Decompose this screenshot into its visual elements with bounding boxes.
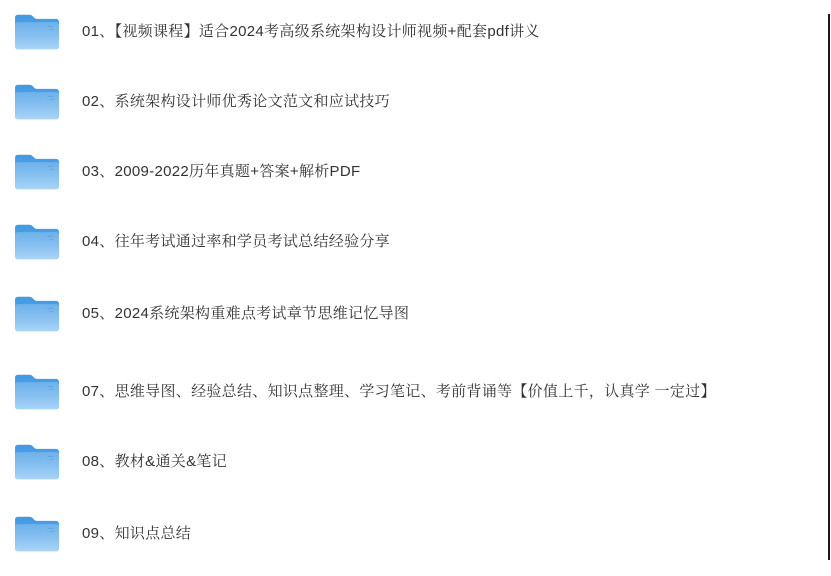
folder-label[interactable]: 09、知识点总结 — [82, 522, 191, 543]
folder-icon[interactable] — [14, 81, 60, 120]
folder-icon[interactable] — [14, 293, 60, 332]
folder-icon[interactable] — [14, 371, 60, 410]
folder-row[interactable]: 02、系统架构设计师优秀论文范文和应试技巧 — [14, 78, 390, 122]
folder-row[interactable]: 03、2009-2022历年真题+答案+解析PDF — [14, 148, 360, 192]
folder-icon[interactable] — [14, 11, 60, 50]
folder-label[interactable]: 04、往年考试通过率和学员考试总结经验分享 — [82, 230, 390, 251]
folder-icon[interactable] — [14, 221, 60, 260]
folder-label[interactable]: 07、思维导图、经验总结、知识点整理、学习笔记、考前背诵等【价值上千，认真学 一… — [82, 380, 716, 401]
folder-label[interactable]: 02、系统架构设计师优秀论文范文和应试技巧 — [82, 90, 390, 111]
folder-label[interactable]: 05、2024系统架构重难点考试章节思维记忆导图 — [82, 302, 409, 323]
screenshot-right-border — [828, 14, 830, 560]
file-list: 01、【视频课程】适合2024考高级系统架构设计师视频+配套pdf讲义 02、系… — [0, 0, 831, 576]
folder-icon[interactable] — [14, 513, 60, 552]
folder-row[interactable]: 09、知识点总结 — [14, 510, 191, 554]
folder-row[interactable]: 05、2024系统架构重难点考试章节思维记忆导图 — [14, 290, 409, 334]
folder-row[interactable]: 01、【视频课程】适合2024考高级系统架构设计师视频+配套pdf讲义 — [14, 8, 540, 52]
folder-label[interactable]: 03、2009-2022历年真题+答案+解析PDF — [82, 160, 360, 181]
folder-listing-page: { "list": { "items": [ { "label": "01、【视… — [0, 0, 831, 576]
folder-label[interactable]: 01、【视频课程】适合2024考高级系统架构设计师视频+配套pdf讲义 — [82, 20, 540, 41]
folder-icon[interactable] — [14, 441, 60, 480]
folder-label[interactable]: 08、教材&通关&笔记 — [82, 450, 227, 471]
folder-row[interactable]: 07、思维导图、经验总结、知识点整理、学习笔记、考前背诵等【价值上千，认真学 一… — [14, 368, 716, 412]
folder-row[interactable]: 08、教材&通关&笔记 — [14, 438, 227, 482]
folder-row[interactable]: 04、往年考试通过率和学员考试总结经验分享 — [14, 218, 390, 262]
folder-icon[interactable] — [14, 151, 60, 190]
